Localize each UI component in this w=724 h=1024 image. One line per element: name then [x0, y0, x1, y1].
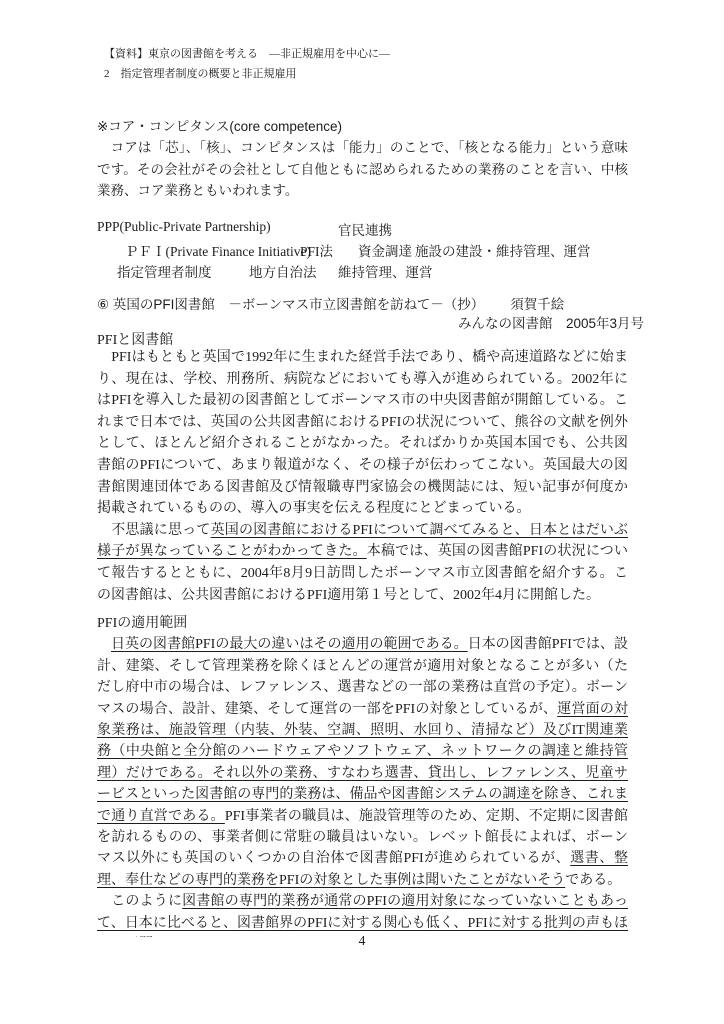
- section-heading-pfi-and-libraries: PFIと図書館: [97, 329, 173, 349]
- article-title-line: ⑥ 英国のPFI図書館 －ボーンマス市立図書館を訪ねて－（抄）須賀千絵: [97, 293, 564, 313]
- scheme-ppp-term: PPP(Public-Private Partnership): [97, 219, 271, 235]
- document-header: 【資料】東京の図書館を考える ―非正規雇用を中心に― 2 指定管理者制度の概要と…: [104, 44, 390, 84]
- section-2-paragraphs: 日英の図書館PFIの最大の違いはその適用の範囲である。日本の図書館PFIでは、設…: [97, 634, 628, 937]
- conclusion-pre: このように: [97, 894, 182, 909]
- scheme-row-shitei-kanrisha: 指定管理者制度地方自治法維持管理、運営: [97, 261, 657, 282]
- article-body-section-2: PFIの適用範囲 日英の図書館PFIの最大の違いはその適用の範囲である。日本の図…: [97, 613, 628, 937]
- article-body-section-1: PFIはもともと英国で1992年に生まれた経営手法であり、橋や高速道路などに始ま…: [97, 347, 628, 613]
- page-number: 4: [0, 933, 724, 949]
- document-header-line-1: 【資料】東京の図書館を考える ―非正規雇用を中心に―: [104, 44, 390, 64]
- scheme-comparison-list: PPP(Public-Private Partnership)官民連携 ＰＦＩ(…: [97, 219, 657, 281]
- scope-underlined-1: 日英の図書館PFIの最大の違いはその適用の範囲である。: [111, 637, 468, 652]
- section-heading-pfi-scope: PFIの適用範囲: [97, 613, 628, 634]
- scheme-shitei-term: 指定管理者制度: [117, 261, 212, 281]
- core-competence-body: コアは「芯」、「核」、コンピタンスは「能力」のことで、「核となる能力」という意味…: [97, 137, 628, 201]
- document-header-line-2: 2 指定管理者制度の概要と非正規雇用: [104, 64, 390, 84]
- paragraph-scope-comparison: 日英の図書館PFIの最大の違いはその適用の範囲である。日本の図書館PFIでは、設…: [97, 634, 628, 891]
- scheme-pfi-term: ＰＦＩ(Private Finance Initiative): [125, 240, 311, 260]
- scheme-ppp-translation: 官民連携: [338, 219, 392, 239]
- core-competence-note: ※コア・コンピタンス(core competence) コアは「芯」、「核」、コ…: [97, 116, 628, 202]
- scheme-pfi-law: PFI法: [300, 240, 333, 260]
- scope-text-3: である。: [565, 873, 621, 888]
- document-page: 【資料】東京の図書館を考える ―非正規雇用を中心に― 2 指定管理者制度の概要と…: [0, 0, 724, 1024]
- scope-indent: [97, 637, 111, 652]
- scheme-pfi-funding: 資金調達: [358, 240, 412, 260]
- scheme-shitei-law: 地方自治法: [249, 261, 317, 281]
- core-competence-heading: ※コア・コンピタンス(core competence): [97, 116, 628, 137]
- article-number-title: ⑥ 英国のPFI図書館 －ボーンマス市立図書館を訪ねて－（抄）: [97, 297, 484, 312]
- scheme-row-ppp: PPP(Public-Private Partnership)官民連携: [97, 219, 657, 240]
- paragraph-conclusion: このように図書館の専門的業務が通常のPFIの適用対象になっていないこともあって、…: [97, 891, 628, 937]
- article-author: 須賀千絵: [510, 297, 564, 312]
- scheme-shitei-scope: 維持管理、運営: [338, 261, 433, 281]
- paragraph-pfi-history: PFIはもともと英国で1992年に生まれた経営手法であり、橋や高速道路などに始ま…: [97, 347, 628, 520]
- scheme-pfi-scope: 施設の建設・維持管理、運営: [415, 240, 591, 260]
- scheme-row-pfi: ＰＦＩ(Private Finance Initiative)PFI法資金調達施…: [97, 240, 657, 261]
- scope-underlined-2: 運営面の対象業務は、施設管理（内装、外装、空調、照明、水回り、清掃など）及びIT…: [97, 702, 628, 824]
- paragraph-investigation-pre: 不思議に思って: [97, 523, 211, 538]
- article-source: みんなの図書館 2005年3月号: [458, 312, 644, 332]
- paragraph-investigation: 不思議に思って英国の図書館におけるPFIについて調べてみると、日本とはだいぶ様子…: [97, 520, 628, 606]
